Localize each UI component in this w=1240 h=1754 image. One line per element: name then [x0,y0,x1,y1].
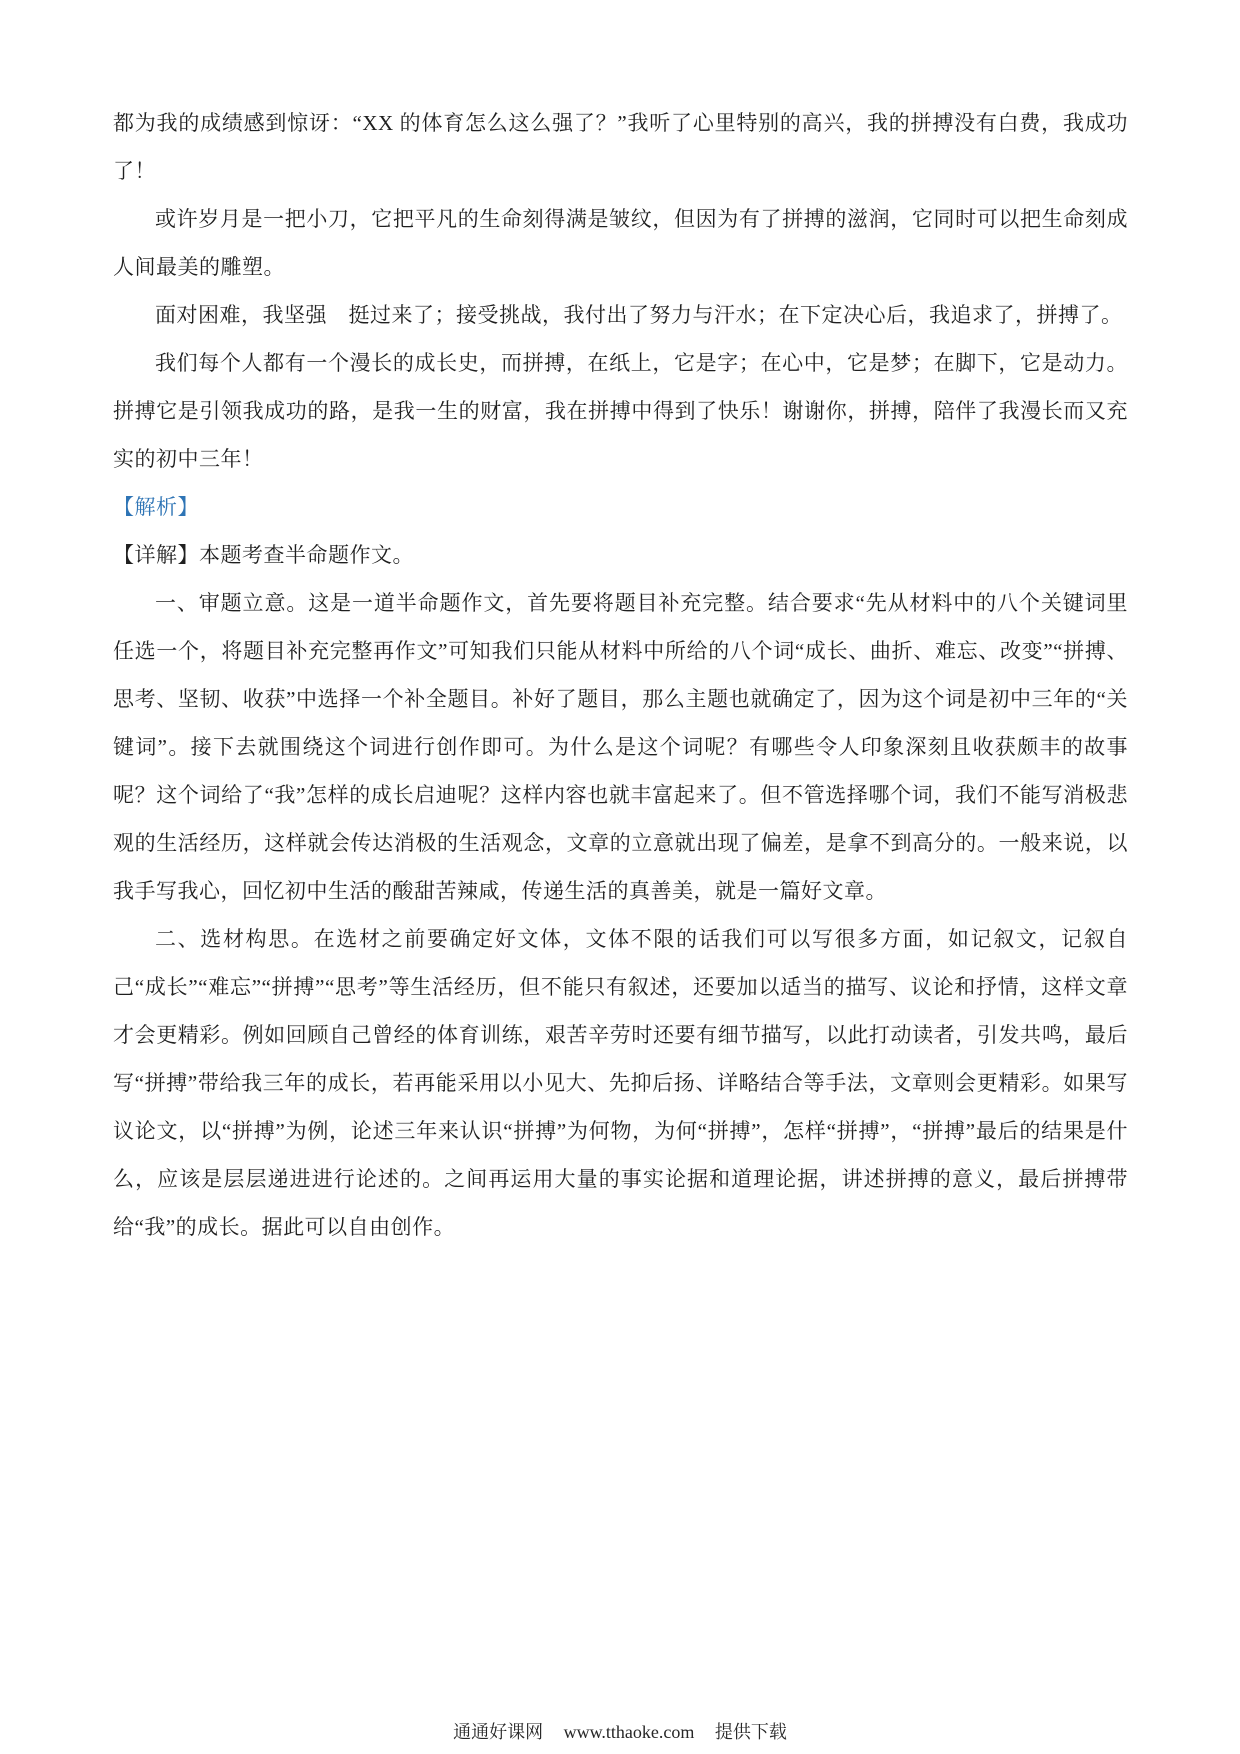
footer-url: www.tthaoke.com [564,1720,695,1744]
page-footer: 通通好课网 www.tthaoke.com 提供下载 [0,1720,1240,1744]
footer-site-name: 通通好课网 [453,1720,543,1744]
essay-paragraph-knife-metaphor: 或许岁月是一把小刀，它把平凡的生命刻得满是皱纹，但因为有了拼搏的滋润，它同时可以… [113,195,1128,291]
document-page: 都为我的成绩感到惊讶：“XX 的体育怎么这么强了？”我听了心里特别的高兴，我的拼… [0,0,1240,1754]
analysis-point-1-topic-intent: 一、审题立意。这是一道半命题作文，首先要将题目补充完整。结合要求“先从材料中的八… [113,579,1128,915]
essay-paragraph-growth-history: 我们每个人都有一个漫长的成长史，而拼搏，在纸上，它是字；在心中，它是梦；在脚下，… [113,339,1128,483]
document-text-area: 都为我的成绩感到惊讶：“XX 的体育怎么这么强了？”我听了心里特别的高兴，我的拼… [113,99,1128,1251]
footer-download-note: 提供下载 [715,1720,787,1744]
analysis-label: 【解析】 [113,483,1128,531]
essay-paragraph-facing-difficulty: 面对困难，我坚强 挺过来了；接受挑战，我付出了努力与汗水；在下定决心后，我追求了… [113,291,1128,339]
analysis-point-2-material-composition: 二、选材构思。在选材之前要确定好文体，文体不限的话我们可以写很多方面，如记叙文，… [113,915,1128,1251]
detail-intro-paragraph: 【详解】本题考查半命题作文。 [113,531,1128,579]
essay-paragraph-continuation: 都为我的成绩感到惊讶：“XX 的体育怎么这么强了？”我听了心里特别的高兴，我的拼… [113,99,1128,195]
